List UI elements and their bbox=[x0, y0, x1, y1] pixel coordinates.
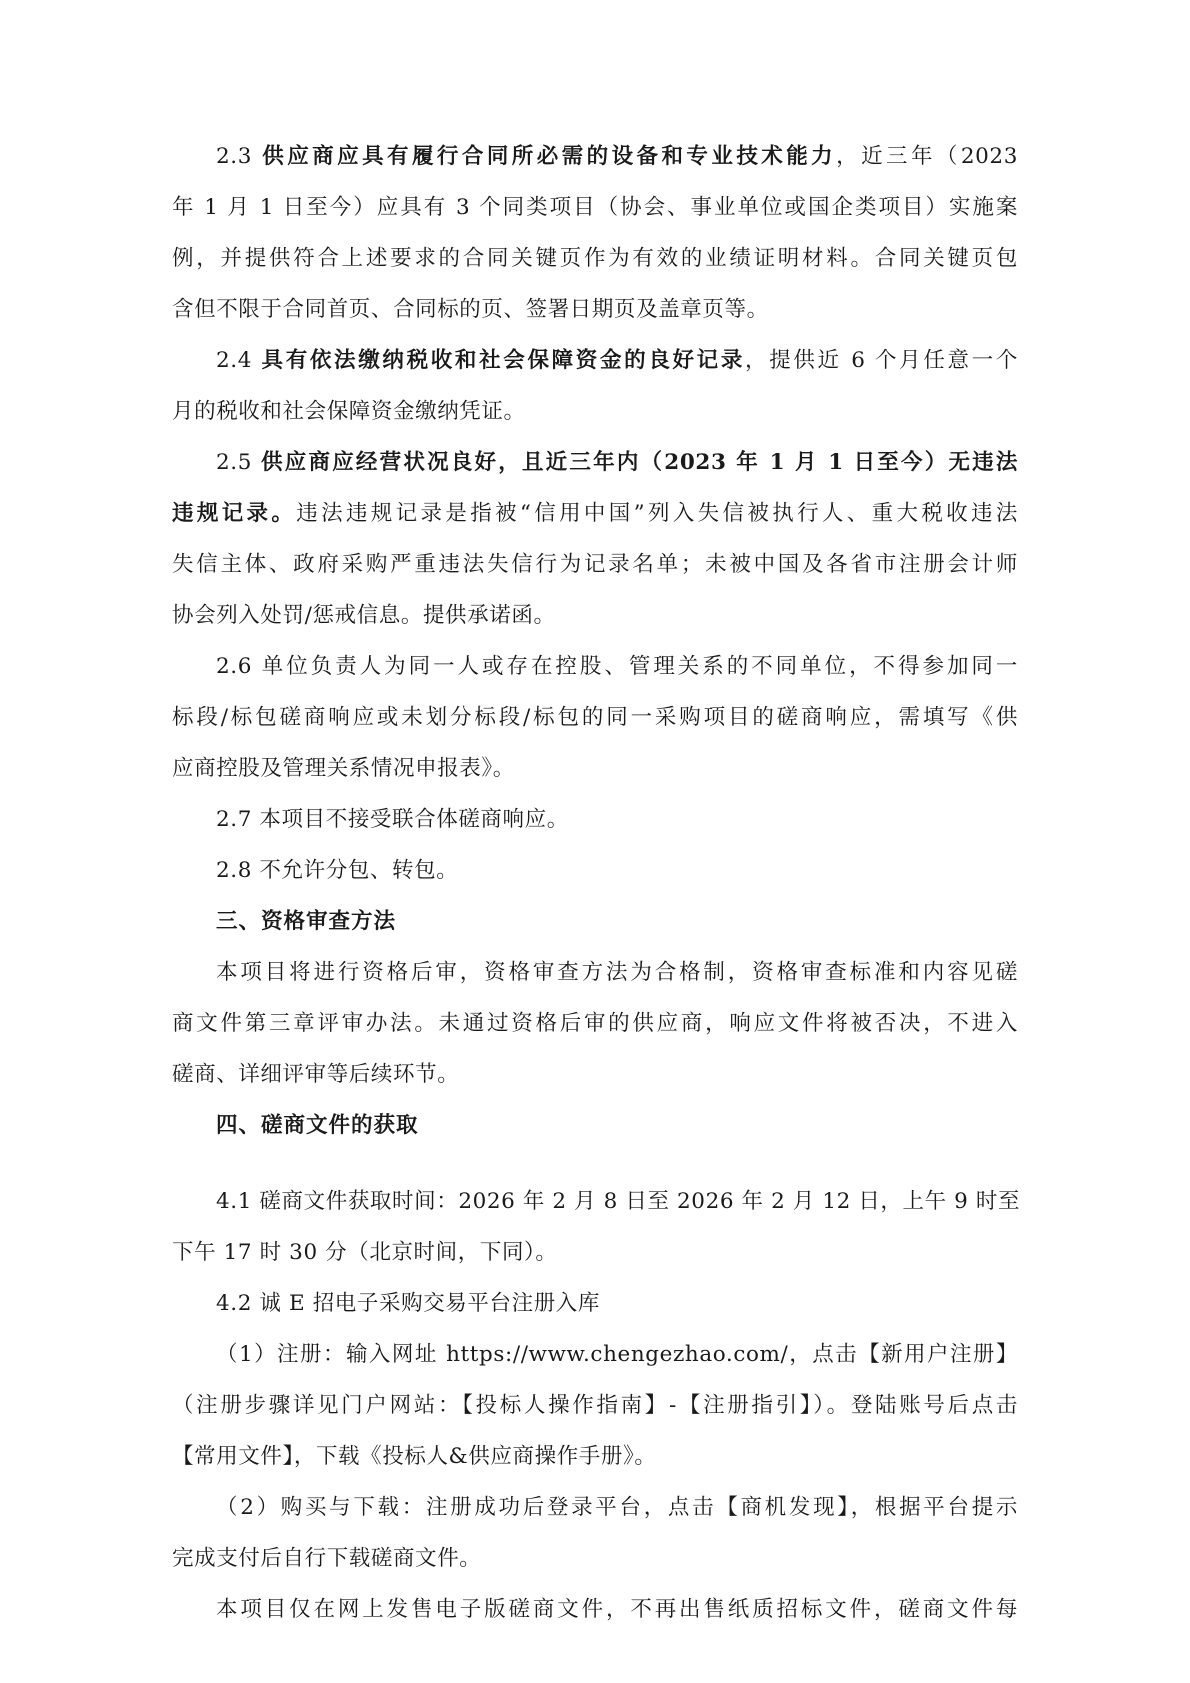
paragraph-4-2-1-line-2: （注册步骤详见门户网站：【投标人操作指南】-【注册指引】）。登陆账号后点击 bbox=[172, 1391, 1018, 1421]
bold-requirement: 供应商应经营状况良好，且近三年内（2023 年 1 月 1 日至今）无违法 bbox=[261, 450, 1018, 475]
paragraph-2-7: 2.7 本项目不接受联合体磋商响应。 bbox=[216, 805, 1018, 835]
section-heading-qualification-review: 三、资格审查方法 bbox=[216, 907, 1018, 937]
paragraph-2-3-line-1: 2.3 供应商应具有履行合同所必需的设备和专业技术能力，近三年（2023 bbox=[216, 142, 1018, 172]
clause-text: ，近三年（2023 bbox=[836, 144, 1018, 169]
paragraph-2-8: 2.8 不允许分包、转包。 bbox=[216, 856, 1018, 886]
paragraph-3-line-1: 本项目将进行资格后审，资格审查方法为合格制，资格审查标准和内容见磋 bbox=[216, 958, 1018, 988]
bold-requirement: 供应商应具有履行合同所必需的设备和专业技术能力 bbox=[262, 144, 836, 169]
paragraph-2-5-line-3: 失信主体、政府采购严重违法失信行为记录名单；未被中国及各省市注册会计师 bbox=[172, 550, 1018, 580]
clause-text: ，提供近 6 个月任意一个 bbox=[745, 348, 1018, 373]
paragraph-2-3-line-2: 年 1 月 1 日至今）应具有 3 个同类项目（协会、事业单位或国企类项目）实施… bbox=[172, 193, 1018, 223]
clause-number: 2.4 bbox=[216, 348, 262, 373]
paragraph-2-4-line-2: 月的税收和社会保障资金缴纳凭证。 bbox=[172, 397, 1018, 427]
bold-requirement: 具有依法缴纳税收和社会保障资金的良好记录 bbox=[262, 348, 746, 373]
paragraph-2-3-line-3: 例，并提供符合上述要求的合同关键页作为有效的业绩证明材料。合同关键页包 bbox=[172, 244, 1018, 274]
document-page: 2.3 供应商应具有履行合同所必需的设备和专业技术能力，近三年（2023 年 1… bbox=[0, 0, 1190, 1683]
paragraph-2-5-line-4: 协会列入处罚/惩戒信息。提供承诺函。 bbox=[172, 601, 1018, 631]
clause-number: 2.5 bbox=[216, 450, 261, 475]
section-heading-document-acquisition: 四、磋商文件的获取 bbox=[216, 1111, 1018, 1141]
paragraph-2-6-line-1: 2.6 单位负责人为同一人或存在控股、管理关系的不同单位，不得参加同一 bbox=[216, 652, 1018, 682]
clause-text: 违法违规记录是指被“信用中国”列入失信被执行人、重大税收违法 bbox=[296, 501, 1018, 526]
paragraph-4-1-line-1: 4.1 磋商文件获取时间：2026 年 2 月 8 日至 2026 年 2 月 … bbox=[216, 1187, 1018, 1217]
paragraph-4-2-2-line-2: 完成支付后自行下载磋商文件。 bbox=[172, 1544, 1018, 1574]
paragraph-4-1-line-2: 下午 17 时 30 分（北京时间，下同）。 bbox=[172, 1238, 1018, 1268]
paragraph-2-6-line-2: 标段/标包磋商响应或未划分标段/标包的同一采购项目的磋商响应，需填写《供 bbox=[172, 703, 1018, 733]
paragraph-4-2: 4.2 诚 E 招电子采购交易平台注册入库 bbox=[216, 1289, 1018, 1319]
paragraph-2-5-line-2: 违规记录。违法违规记录是指被“信用中国”列入失信被执行人、重大税收违法 bbox=[172, 499, 1018, 529]
paragraph-2-5-line-1: 2.5 供应商应经营状况良好，且近三年内（2023 年 1 月 1 日至今）无违… bbox=[216, 448, 1018, 478]
paragraph-4-2-1-line-3: 【常用文件】，下载《投标人&供应商操作手册》。 bbox=[172, 1442, 1018, 1472]
paragraph-4-2-1-line-1: （1）注册：输入网址 https://www.chengezhao.com/，点… bbox=[216, 1340, 1018, 1370]
paragraph-2-6-line-3: 应商控股及管理关系情况申报表》。 bbox=[172, 754, 1018, 784]
paragraph-2-4-line-1: 2.4 具有依法缴纳税收和社会保障资金的良好记录，提供近 6 个月任意一个 bbox=[216, 346, 1018, 376]
paragraph-3-line-3: 磋商、详细评审等后续环节。 bbox=[172, 1060, 1018, 1090]
paragraph-4-2-2-line-1: （2）购买与下载：注册成功后登录平台，点击【商机发现】，根据平台提示 bbox=[216, 1493, 1018, 1523]
paragraph-3-line-2: 商文件第三章评审办法。未通过资格后审的供应商，响应文件将被否决，不进入 bbox=[172, 1009, 1018, 1039]
paragraph-4-3-line-1: 本项目仅在网上发售电子版磋商文件，不再出售纸质招标文件，磋商文件每 bbox=[216, 1595, 1018, 1625]
paragraph-2-3-line-4: 含但不限于合同首页、合同标的页、签署日期页及盖章页等。 bbox=[172, 295, 1018, 325]
bold-requirement: 违规记录。 bbox=[172, 501, 296, 526]
clause-number: 2.3 bbox=[216, 144, 262, 169]
